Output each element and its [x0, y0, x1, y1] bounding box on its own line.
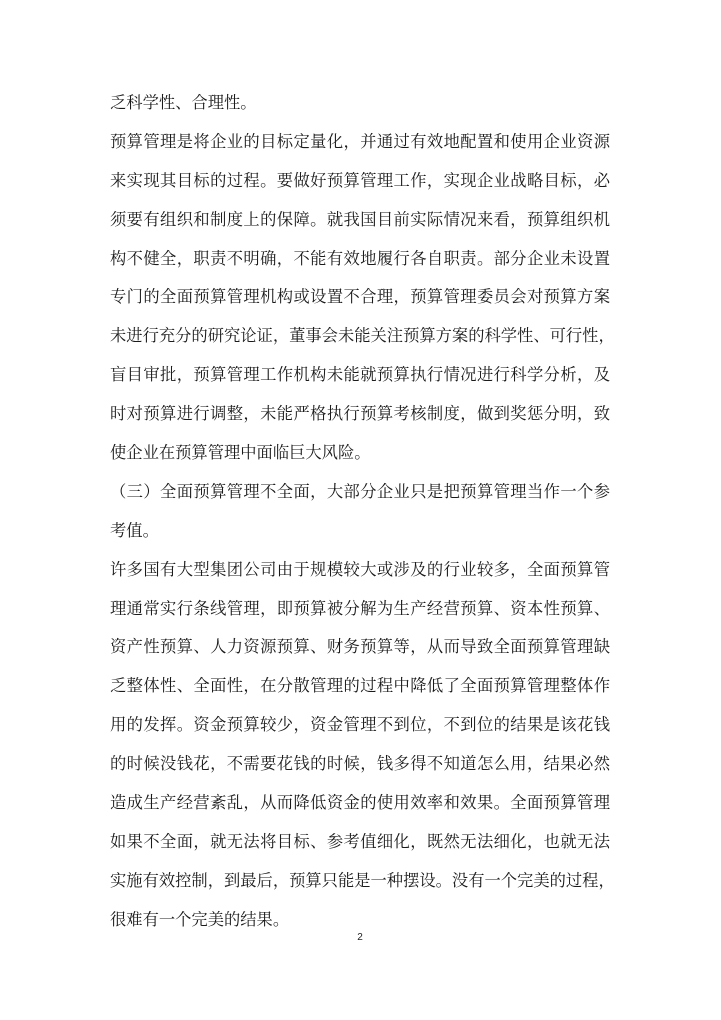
section-heading-3: （三）全面预算管理不全面，大部分企业只是把预算管理当作一个参 考值。: [110, 473, 610, 551]
text-line: 实施有效控制，到最后，预算只能是一种摆设。没有一个完美的过程，: [110, 862, 610, 901]
text-line: 乏科学性、合理性。: [110, 84, 610, 123]
text-line: 须要有组织和制度上的保障。就我国目前实际情况来看，预算组织机: [110, 201, 610, 240]
heading-line: 考值。: [110, 512, 610, 551]
heading-line: （三）全面预算管理不全面，大部分企业只是把预算管理当作一个参: [110, 473, 610, 512]
text-line: 盲目审批，预算管理工作机构未能就预算执行情况进行科学分析，及: [110, 356, 610, 395]
text-line: 专门的全面预算管理机构或设置不合理，预算管理委员会对预算方案: [110, 278, 610, 317]
text-line: 理通常实行条线管理，即预算被分解为生产经营预算、资本性预算、: [110, 590, 610, 629]
text-line: 的时候没钱花，不需要花钱的时候，钱多得不知道怎么用，结果必然: [110, 745, 610, 784]
paragraph-state-owned-groups: 许多国有大型集团公司由于规模较大或涉及的行业较多，全面预算管 理通常实行条线管理…: [110, 551, 610, 940]
text-line: 使企业在预算管理中面临巨大风险。: [110, 434, 610, 473]
text-line: 造成生产经营紊乱，从而降低资金的使用效率和效果。全面预算管理: [110, 784, 610, 823]
paragraph-budget-management: 预算管理是将企业的目标定量化，并通过有效地配置和使用企业资源 来实现其目标的过程…: [110, 123, 610, 473]
text-line: 未进行充分的研究论证，董事会未能关注预算方案的科学性、可行性，: [110, 317, 610, 356]
document-page: 乏科学性、合理性。 预算管理是将企业的目标定量化，并通过有效地配置和使用企业资源…: [0, 0, 721, 1020]
text-line: 时对预算进行调整，未能严格执行预算考核制度，做到奖惩分明，致: [110, 395, 610, 434]
text-line: 如果不全面，就无法将目标、参考值细化，既然无法细化，也就无法: [110, 823, 610, 862]
text-line: 许多国有大型集团公司由于规模较大或涉及的行业较多，全面预算管: [110, 551, 610, 590]
text-line: 来实现其目标的过程。要做好预算管理工作，实现企业战略目标，必: [110, 162, 610, 201]
paragraph-continuation: 乏科学性、合理性。: [110, 84, 610, 123]
text-line: 预算管理是将企业的目标定量化，并通过有效地配置和使用企业资源: [110, 123, 610, 162]
text-line: 用的发挥。资金预算较少，资金管理不到位，不到位的结果是该花钱: [110, 706, 610, 745]
text-line: 乏整体性、全面性，在分散管理的过程中降低了全面预算管理整体作: [110, 667, 610, 706]
page-number: 2: [340, 932, 380, 943]
text-line: 构不健全，职责不明确，不能有效地履行各自职责。部分企业未设置: [110, 240, 610, 279]
text-line: 资产性预算、人力资源预算、财务预算等，从而导致全面预算管理缺: [110, 628, 610, 667]
body-text: 乏科学性、合理性。 预算管理是将企业的目标定量化，并通过有效地配置和使用企业资源…: [110, 84, 610, 940]
